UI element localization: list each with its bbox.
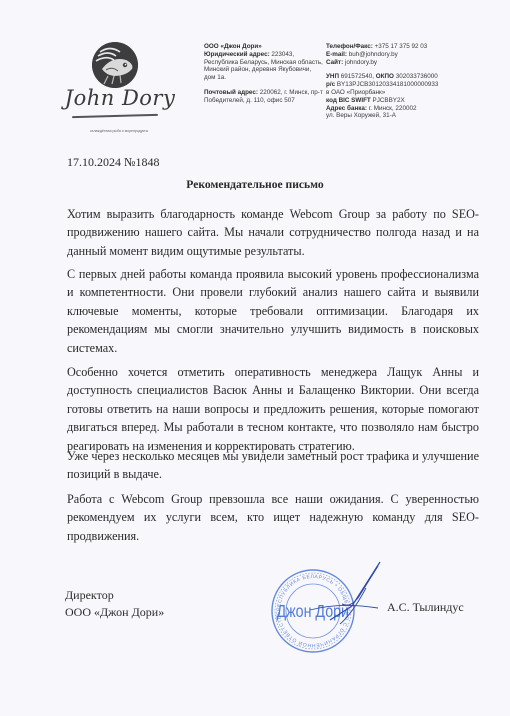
site-label: Сайт: [326, 59, 343, 66]
bank-address-street: ул. Веры Хоружей, 31-А [326, 112, 466, 120]
bic: код BIC SWIFT PJCBBY2X [326, 97, 466, 105]
phone: Телефон/Факс: +375 17 375 92 03 [326, 43, 466, 51]
logo-tagline: охлаждённая рыба и морепродукты [64, 129, 174, 133]
bank-address-label: Адрес банка: [326, 105, 367, 112]
unp-value: 691572540, [341, 73, 374, 80]
signatory-name: А.С. Тылиндус [387, 600, 464, 615]
contact-details: Телефон/Факс: +375 17 375 92 03 E-mail: … [326, 43, 466, 120]
fish-icon [92, 42, 138, 88]
signatory-block: Директор ООО «Джон Дори» [65, 587, 164, 621]
bank-account: р/с BY13PJCB30120334181000000933 [326, 81, 466, 89]
letter-page: John Dory охлаждённая рыба и морепродукт… [0, 0, 510, 716]
okpo-label: ОКПО [376, 73, 394, 80]
account-value: BY13PJCB30120334181000000933 [337, 81, 439, 88]
letter-title: Рекомендательное письмо [0, 178, 510, 191]
paragraph: С первых дней работы команда проявила вы… [67, 265, 479, 357]
phone-value: +375 17 375 92 03 [375, 43, 428, 50]
logo-wordmark: John Dory [64, 86, 176, 110]
bic-value: PJCBBY2X [373, 97, 405, 104]
paragraph: Особенно хочется отметить оперативность … [67, 363, 479, 455]
site-value: johndory.by [345, 59, 377, 66]
company-logo: John Dory охлаждённая рыба и морепродукт… [64, 42, 174, 142]
bank-address-value: г. Минск, 220002 [369, 105, 417, 112]
site: Сайт: johndory.by [326, 59, 466, 67]
phone-label: Телефон/Факс: [326, 43, 373, 50]
bic-label: код BIC SWIFT [326, 97, 371, 104]
paragraph: Хотим выразить благодарность команде Web… [67, 205, 479, 260]
legal-address-label: Юридический адрес: [204, 51, 270, 58]
unp-label: УНП [326, 73, 339, 80]
paragraph: Работа с Webcom Group превзошла все наши… [67, 490, 479, 545]
postal-address: Почтовый адрес: 220062, г. Минск, пр-т П… [204, 89, 324, 105]
signatory-position: Директор [65, 587, 164, 604]
postal-address-label: Почтовый адрес: [204, 89, 258, 96]
logo-underline [72, 114, 158, 118]
email-label: E-mail: [326, 51, 347, 58]
legal-address: Юридический адрес: 223043, Республика Бе… [204, 51, 324, 82]
signatory-company: ООО «Джон Дори» [65, 604, 164, 621]
letter-date-number: 17.10.2024 №1848 [67, 155, 159, 170]
email: E-mail: buh@johndory.by [326, 51, 466, 59]
company-name: ООО «Джон Дори» [204, 43, 262, 50]
email-value: buh@johndory.by [349, 51, 398, 58]
okpo-value: 302033736000 [396, 73, 438, 80]
unp-okpo: УНП 691572540, ОКПО 302033736000 [326, 73, 466, 81]
handwritten-signature [300, 558, 390, 638]
bank-name: в ОАО «Приорбанк» [326, 89, 466, 97]
paragraph: Уже через несколько месяцев мы увидели з… [67, 447, 479, 484]
company-details: ООО «Джон Дори» Юридический адрес: 22304… [204, 43, 324, 105]
account-label: р/с [326, 81, 335, 88]
